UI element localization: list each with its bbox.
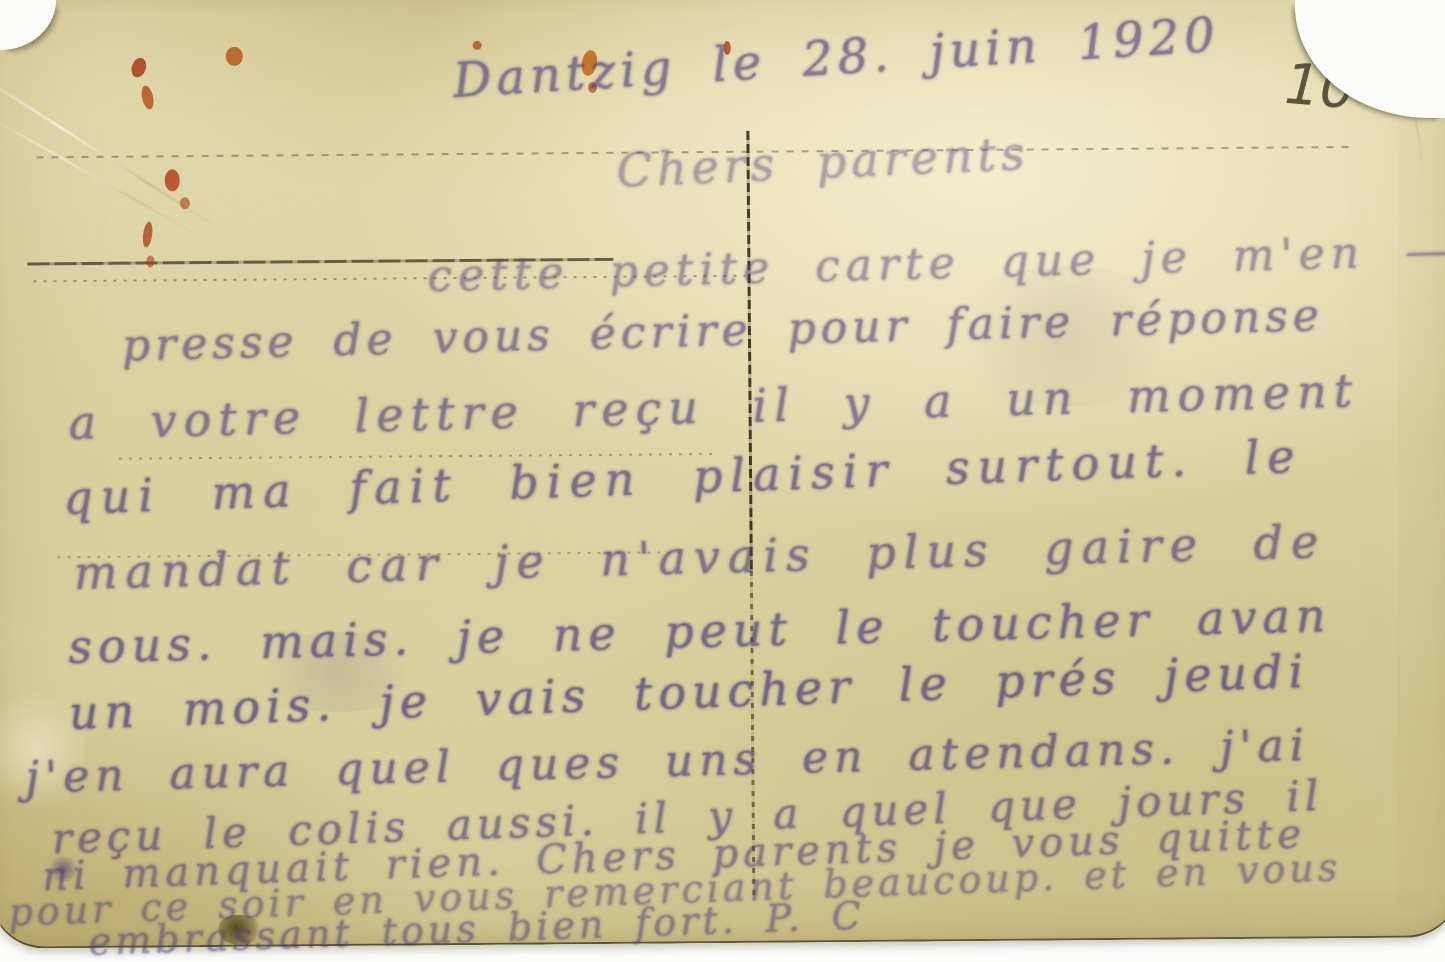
handwriting-line: Chers parents (616, 126, 1031, 198)
handwriting-line: Dantzig le 28. juin 1920 (451, 7, 1221, 109)
postcard-scan: Dantzig le 28. juin 1920Chers parentscet… (0, 0, 1445, 962)
postcard-paper: Dantzig le 28. juin 1920Chers parentscet… (0, 0, 1445, 949)
handwriting-layer: Dantzig le 28. juin 1920Chers parentscet… (0, 0, 1445, 947)
handwriting-line: presse de vous écrire pour faire réponse (121, 290, 1324, 371)
handwriting-line: mandat car je n'avais plus gaire de (73, 514, 1327, 600)
